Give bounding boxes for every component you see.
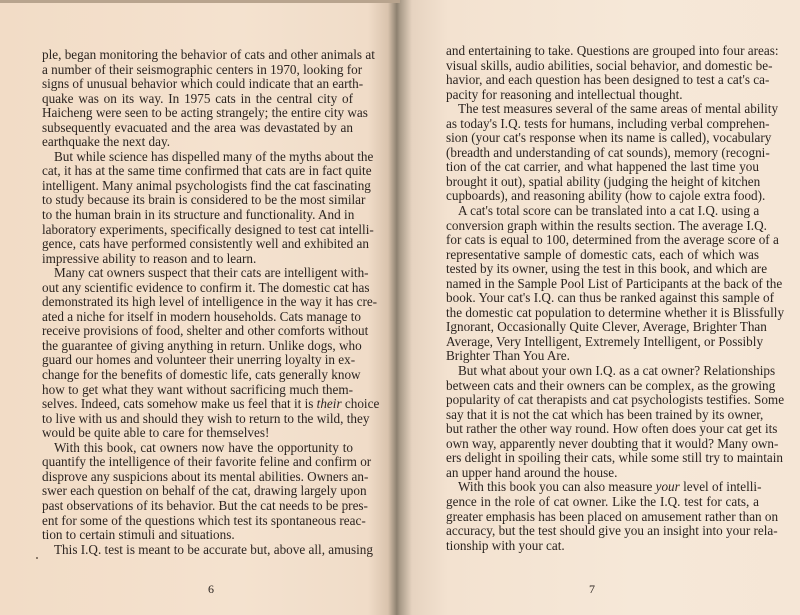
text-line: ers delight in spoiling their cats, whil…	[446, 451, 759, 466]
text-line: tion of the cat carrier, and what happen…	[446, 160, 759, 175]
text-line: named in the Sample Pool List of Partici…	[446, 277, 759, 292]
paragraph: The test measures several of the same ar…	[446, 102, 759, 204]
text-line: to live with us and should they wish to …	[42, 412, 353, 427]
text-line: The test measures several of the same ar…	[446, 102, 759, 117]
text-line: Average, Very Intelligent, Extremely Int…	[446, 335, 759, 350]
text-line: cupboards), and reasoning ability (how t…	[446, 189, 759, 204]
text-line: impressive ability to reason and to lear…	[42, 252, 353, 267]
text-line: visual skills, audio abilities, social b…	[446, 59, 759, 74]
text-line: (breadth and understanding of cat sounds…	[446, 146, 759, 161]
text-line: receive provisions of food, shelter and …	[42, 324, 353, 339]
left-page-body: ple, began monitoring the behavior of ca…	[42, 48, 353, 557]
text-line: change for the benefits of domestic life…	[42, 368, 353, 383]
text-line: between cats and their owners can be com…	[446, 379, 759, 394]
paragraph: This I.Q. test is meant to be accurate b…	[42, 543, 353, 558]
text-line: to study because its brain is considered…	[42, 193, 353, 208]
text-line: disprove any suspicions about its mental…	[42, 470, 353, 485]
text-line: past observations of its behavior. But t…	[42, 499, 353, 514]
text-line: as today's I.Q. tests for humans, includ…	[446, 117, 759, 132]
text-line: tionship with your cat.	[446, 539, 759, 554]
text-line: Brighter Than You Are.	[446, 349, 759, 364]
paragraph: But what about your own I.Q. as a cat ow…	[446, 364, 759, 480]
text-line: pacity for reasoning and intellectual th…	[446, 88, 759, 103]
text-line: and entertaining to take. Questions are …	[446, 44, 759, 59]
text-line: popularity of cat therapists and cat psy…	[446, 393, 759, 408]
text-line: say that it is not the cat which has bee…	[446, 408, 759, 423]
text-line: conversion graph within the results sect…	[446, 219, 759, 234]
text-line: own way, apparently never doubting that …	[446, 437, 759, 452]
text-line: This I.Q. test is meant to be accurate b…	[42, 543, 353, 558]
text-line: but rather the other way round. How ofte…	[446, 422, 759, 437]
text-line: tested by its owner, using the test in t…	[446, 262, 759, 277]
text-line: ated a niche for itself in modern househ…	[42, 310, 353, 325]
text-line: With this book you can also measure your…	[446, 480, 759, 495]
text-line: representative sample of domestic cats, …	[446, 248, 759, 263]
paragraph: and entertaining to take. Questions are …	[446, 44, 759, 102]
text-line: to the human brain in its structure and …	[42, 208, 353, 223]
text-line: A cat's total score can be translated in…	[446, 204, 759, 219]
text-line: ent for some of the questions which test…	[42, 514, 353, 529]
emphasis: their	[317, 396, 342, 411]
emphasis: your	[656, 479, 680, 494]
text-line: intelligent. Many animal psychologists f…	[42, 179, 353, 194]
text-line: subsequently evacuated and the area was …	[42, 121, 353, 136]
text-line: gence in the role of cat owner. Like the…	[446, 495, 759, 510]
text-line: accuracy, but the test should give you a…	[446, 524, 759, 539]
page-number-left: 6	[13, 582, 409, 597]
text-line: guard our homes and volunteer their uner…	[42, 353, 353, 368]
text-line: Haicheng were seen to be acting strangel…	[42, 106, 353, 121]
text-line: greater emphasis has been placed on amus…	[446, 510, 759, 525]
ink-speck	[36, 557, 38, 559]
text-line: laboratory experiments, specifically des…	[42, 223, 353, 238]
text-line: the domestic cat population to determine…	[446, 306, 759, 321]
right-page-body: and entertaining to take. Questions are …	[446, 44, 759, 553]
text-line: swer each question on behalf of the cat,…	[42, 484, 353, 499]
text-line: Ignorant, Occasionally Quite Clever, Ave…	[446, 320, 759, 335]
text-line: a number of their seismographic centers …	[42, 63, 353, 78]
text-line: gence, cats have performed consistently …	[42, 237, 353, 252]
text-line: Many cat owners suspect that their cats …	[42, 266, 353, 281]
paragraph: But while science has dispelled many of …	[42, 150, 353, 266]
text-line: selves. Indeed, cats somehow make us fee…	[42, 397, 353, 412]
text-line: out any scientific evidence to confirm i…	[42, 281, 353, 296]
text-line: But what about your own I.Q. as a cat ow…	[446, 364, 759, 379]
text-line: earthquake the next day.	[42, 135, 353, 150]
text-line: book. Your cat's I.Q. can thus be ranked…	[446, 291, 759, 306]
text-line: an upper hand around the house.	[446, 466, 759, 481]
text-line: brought it out), spatial ability (judgin…	[446, 175, 759, 190]
text-line: quake was on its way. In 1975 cats in th…	[42, 92, 353, 107]
text-line: tion to certain stimuli and situations.	[42, 528, 353, 543]
text-line: cat, it has at the same time confirmed t…	[42, 164, 353, 179]
text-line: demonstrated its high level of intellige…	[42, 295, 353, 310]
paragraph: With this book, cat owners now have the …	[42, 441, 353, 543]
right-page: and entertaining to take. Questions are …	[404, 0, 800, 615]
paragraph: Many cat owners suspect that their cats …	[42, 266, 353, 441]
open-book-spread: ple, began monitoring the behavior of ca…	[0, 0, 800, 615]
paragraph: ple, began monitoring the behavior of ca…	[42, 48, 353, 150]
text-line: havior, and each question has been desig…	[446, 73, 759, 88]
text-line: the guarantee of giving anything in retu…	[42, 339, 353, 354]
page-number-right: 7	[394, 582, 790, 597]
text-line: But while science has dispelled many of …	[42, 150, 353, 165]
text-line: quantify the intelligence of their favor…	[42, 455, 353, 470]
paragraph: With this book you can also measure your…	[446, 480, 759, 553]
text-line: With this book, cat owners now have the …	[42, 441, 353, 456]
text-line: sion (your cat's response when its name …	[446, 131, 759, 146]
left-page: ple, began monitoring the behavior of ca…	[0, 0, 396, 615]
text-line: signs of unusual behavior which could in…	[42, 77, 353, 92]
paragraph: A cat's total score can be translated in…	[446, 204, 759, 364]
text-line: would be quite able to care for themselv…	[42, 426, 353, 441]
text-line: ple, began monitoring the behavior of ca…	[42, 48, 353, 63]
text-line: for cats is equal to 100, determined fro…	[446, 233, 759, 248]
text-line: how to get what they want without sacrif…	[42, 383, 353, 398]
